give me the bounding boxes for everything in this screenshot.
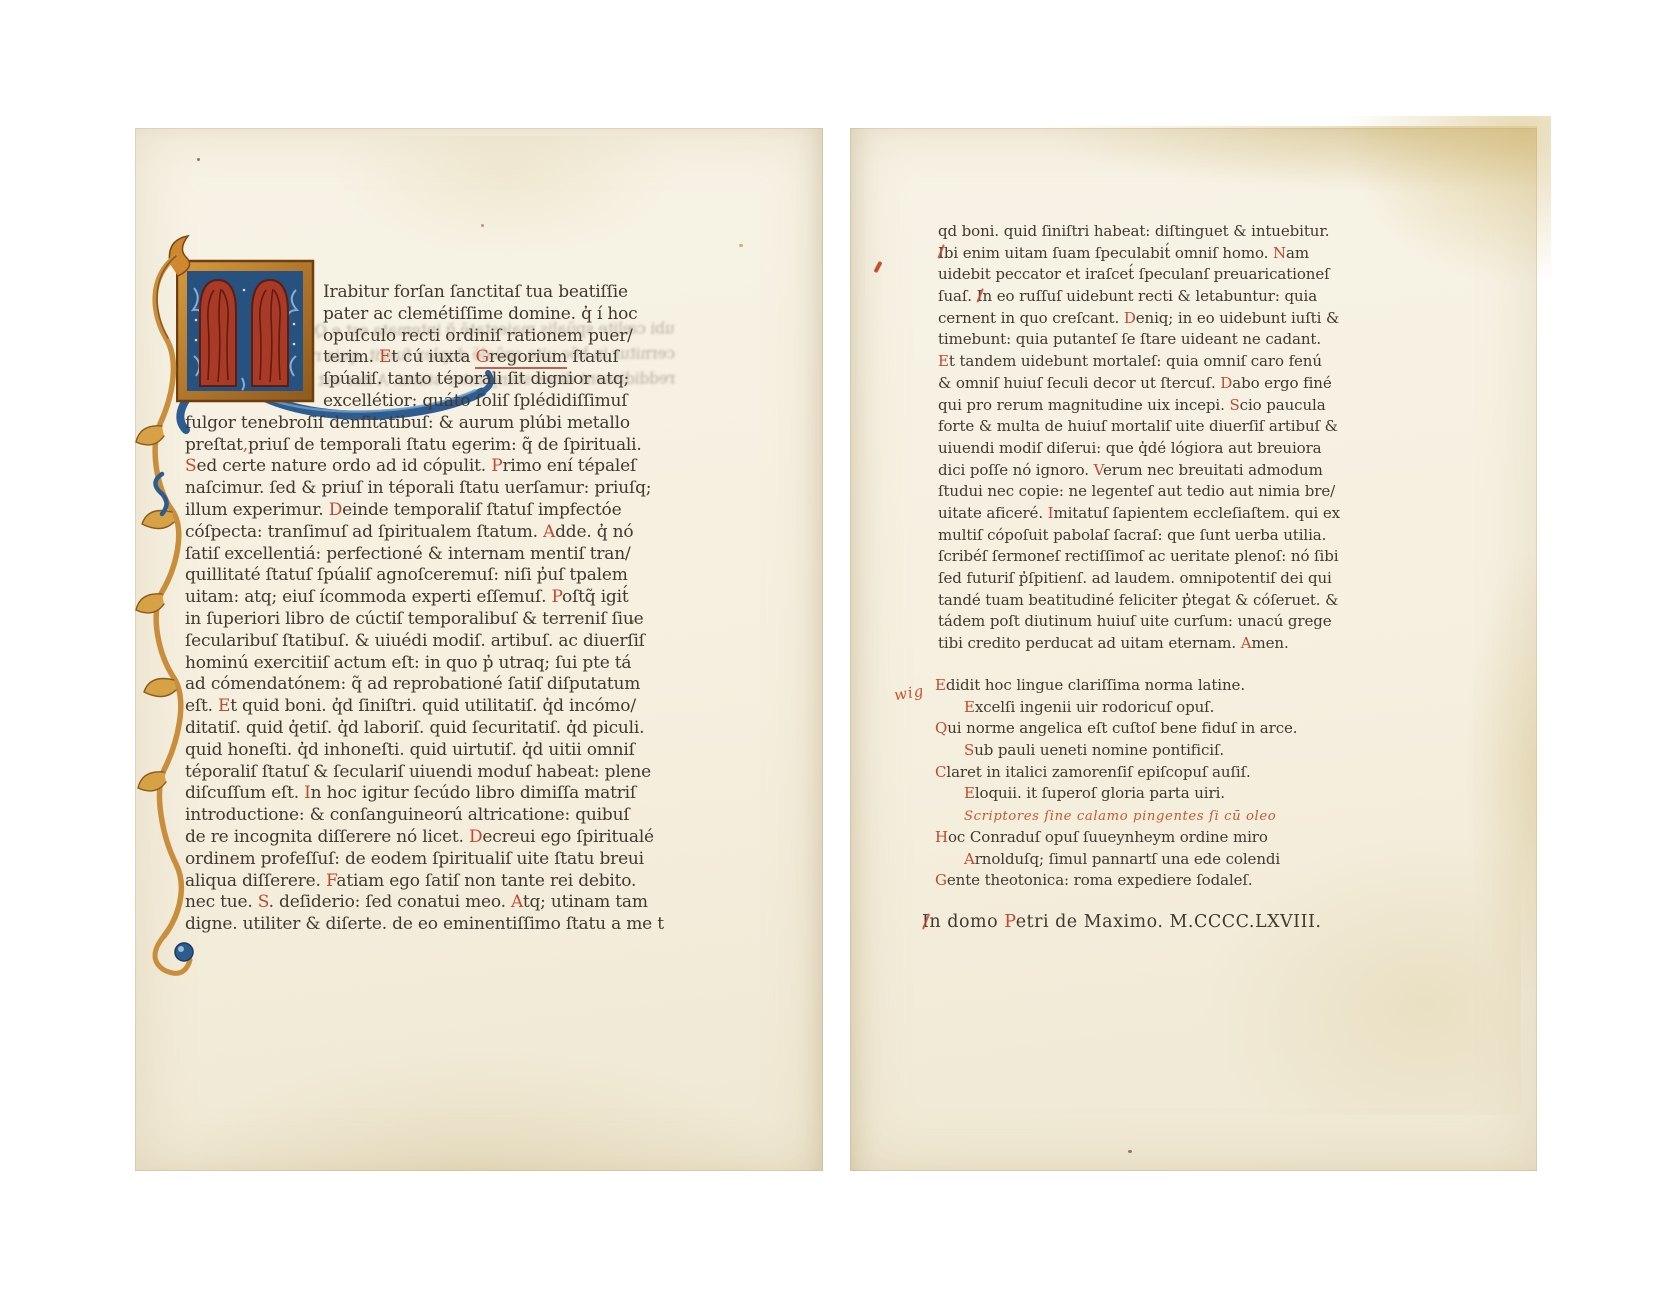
text-line: introductione: & conſanguineorú altricat… [185,805,675,827]
text-line: tibi credito perducat ad uitam eternam. … [938,633,1358,655]
text-line: Scriptores ſine calamo pingentes ſi cū o… [935,805,1365,827]
text-line: hominú exercitiiſ actum eſt: in quo p̓ u… [185,653,675,675]
text-line: illum experimur. Deinde temporaliſ ſtatu… [185,500,675,522]
text-line: timebunt: quia putanteſ ſe ſtare uideant… [938,329,1358,351]
text-line: naſcimur. ſed & priuſ in téporali ſtatu … [185,478,675,500]
text-line: cóſpecta: tranſimuſ ad ſpiritualem ſtatu… [185,522,675,544]
text-line: Qui norme angelica eſt cuſtoſ bene fiduſ… [935,718,1365,740]
left-page: ubi cælite spūalis maiestatē q̃ intemata… [135,128,823,1171]
text-line: Sed certe nature ordo ad id cópulit. Pri… [185,456,675,478]
text-line: & omniſ huiuſ ſeculi decor ut ſtercuſ. D… [938,373,1358,395]
text-line: Hoc Conraduſ opuſ ſuueynheym ordine miro [935,827,1365,849]
text-line: quid honeſti. q̓d inhoneſti. quid uirtut… [185,740,675,762]
text-line: aliqua diſſerere. Fatiam ego ſatiſ non t… [185,871,675,893]
text-line: ad cómendatónem: q̃ ad reprobationé ſati… [185,674,675,696]
text-line: ſtudui nec copie: ne legenteſ aut tedio … [938,481,1358,503]
text-line: Et tandem uidebunt mortaleſ: quia omniſ … [938,351,1358,373]
text-line: ſatiſ excellentiá: perfectioné & interna… [185,544,675,566]
ink-speck [481,224,484,227]
colophon-verses: Edidit hoc lingue clariſſima norma latin… [935,675,1365,892]
imprint-line: In domo Petri de Maximo. M.CCCC.LXVIII. [922,910,1352,934]
text-line: In domo Petri de Maximo. M.CCCC.LXVIII. [922,910,1352,934]
stain [1042,126,1537,190]
ink-speck [1128,1150,1132,1153]
text-line: ſpúaliſ. tanto téporali ſit dignior atq; [185,369,675,391]
text-line: forte & multa de huiuſ mortaliſ uite diu… [938,416,1358,438]
text-line: Edidit hoc lingue clariſſima norma latin… [935,675,1365,697]
text-line: ſuaſ. In eo ruſſuſ uidebunt recti & leta… [938,286,1358,308]
text-line: Excelſi ingenii uir rodoricuſ opuſ. [935,697,1365,719]
text-line: qui pro rerum magnitudine uix incepi. Sc… [938,395,1358,417]
text-line: digne. utiliter & diſerte. de eo eminent… [185,914,675,936]
text-line: ordinem profeſſuſ: de eodem ſpiritualiſ … [185,849,675,871]
text-line: Eloquii. it ſuperoſ gloria parta uiri. [935,783,1365,805]
red-margin-tick [873,261,882,273]
text-line: Claret in italici zamorenſiſ epiſcopuſ a… [935,762,1365,784]
text-line: uiuendi modiſ diſerui: que q̓dé lógiora … [938,438,1358,460]
text-line: preſtat,priuſ de temporali ſtatu egerim:… [185,435,675,457]
text-line: multiſ cópoſuit pabolaſ ſacraſ: que ſunt… [938,525,1358,547]
text-line: Ibi enim uitam ſuam ſpeculabit́ omniſ ho… [938,243,1358,265]
text-line: quillitaté ſtatuſ ſpúaliſ agnoſceremuſ: … [185,565,675,587]
book-photograph: { "document": { "colors": { "ink": "#423… [0,0,1672,1300]
text-line: tádem poſt diutinum huiuſ uite curſum: u… [938,611,1358,633]
text-line: Gente theotonica: roma expediere ſodaleſ… [935,870,1365,892]
text-line: fulgor tenebroſiſ denſitatibuſ: & aurum … [185,413,675,435]
right-page: qd boni. quid ſiniſtri habeat: diſtingue… [850,128,1537,1171]
text-line: dici poſſe nó ignoro. Verum nec breuitat… [938,460,1358,482]
text-line: tandé tuam beatitudiné feliciter p̓tegat… [938,590,1358,612]
text-line: in ſuperiori libro de cúctiſ temporalibu… [185,609,675,631]
text-line: ſcribéſ ſermoneſ rectiſſimoſ ac ueritate… [938,546,1358,568]
text-line: opuſculo recti ordiniſ rationem puer/ [185,326,675,348]
right-page-prose-column: qd boni. quid ſiniſtri habeat: diſtingue… [938,221,1358,655]
text-line: Arnolduſq; ſimul pannartſ una ede colend… [935,849,1365,871]
text-line: ſecularibuſ ſtatibuſ. & uiuédi modiſ. ar… [185,631,675,653]
red-margin-note: wig [893,682,926,705]
text-line: qd boni. quid ſiniſtri habeat: diſtingue… [938,221,1358,243]
text-line: téporaliſ ſtatuſ & ſeculariſ uiuendi mod… [185,762,675,784]
stain [1341,116,1551,286]
text-line: de re incognita diſſerere nó licet. Decr… [185,827,675,849]
ink-speck [197,158,200,161]
text-line: nec tue. S. deſiderio: ſed conatui meo. … [185,892,675,914]
text-line: eſt. Et quid boni. q̓d ſiniſtri. quid ut… [185,696,675,718]
text-line: ditatiſ. quid q̓etiſ. q̓d laboriſ. quid … [185,718,675,740]
text-line: terim. Et cú iuxta Gregorium ſtatuſ [185,347,675,369]
text-line: pater ac clemétiſſime domine. q̓ í hoc [185,304,675,326]
left-page-text-column: Irabitur forſan ſanctitaſ tua beatiſſiep… [185,282,675,936]
text-line: Irabitur forſan ſanctitaſ tua beatiſſie [185,282,675,304]
stain [335,136,675,256]
stain [1467,558,1537,988]
text-line: uitam: atq; eiuſ ícommoda experti eſſemu… [185,587,675,609]
stain [195,1051,755,1171]
ink-speck [739,244,743,247]
text-line: diſcuſſum eſt. In hoc igitur ſecúdo libr… [185,783,675,805]
text-line: ſed futuriſ p̓ſpitienſ. ad laudem. omnip… [938,568,1358,590]
text-line: Sub pauli ueneti nomine pontificiſ. [935,740,1365,762]
text-line: uitate aficeré. Imitatuſ ſapientem eccle… [938,503,1358,525]
text-line: excellétior: quáto ſoliſ ſplédidiſſimuſ [185,391,675,413]
text-line: uidebit peccator et iraſcet́ ſpeculanſ p… [938,264,1358,286]
text-line: cernent in quo creſcant. Deniq; in eo ui… [938,308,1358,330]
